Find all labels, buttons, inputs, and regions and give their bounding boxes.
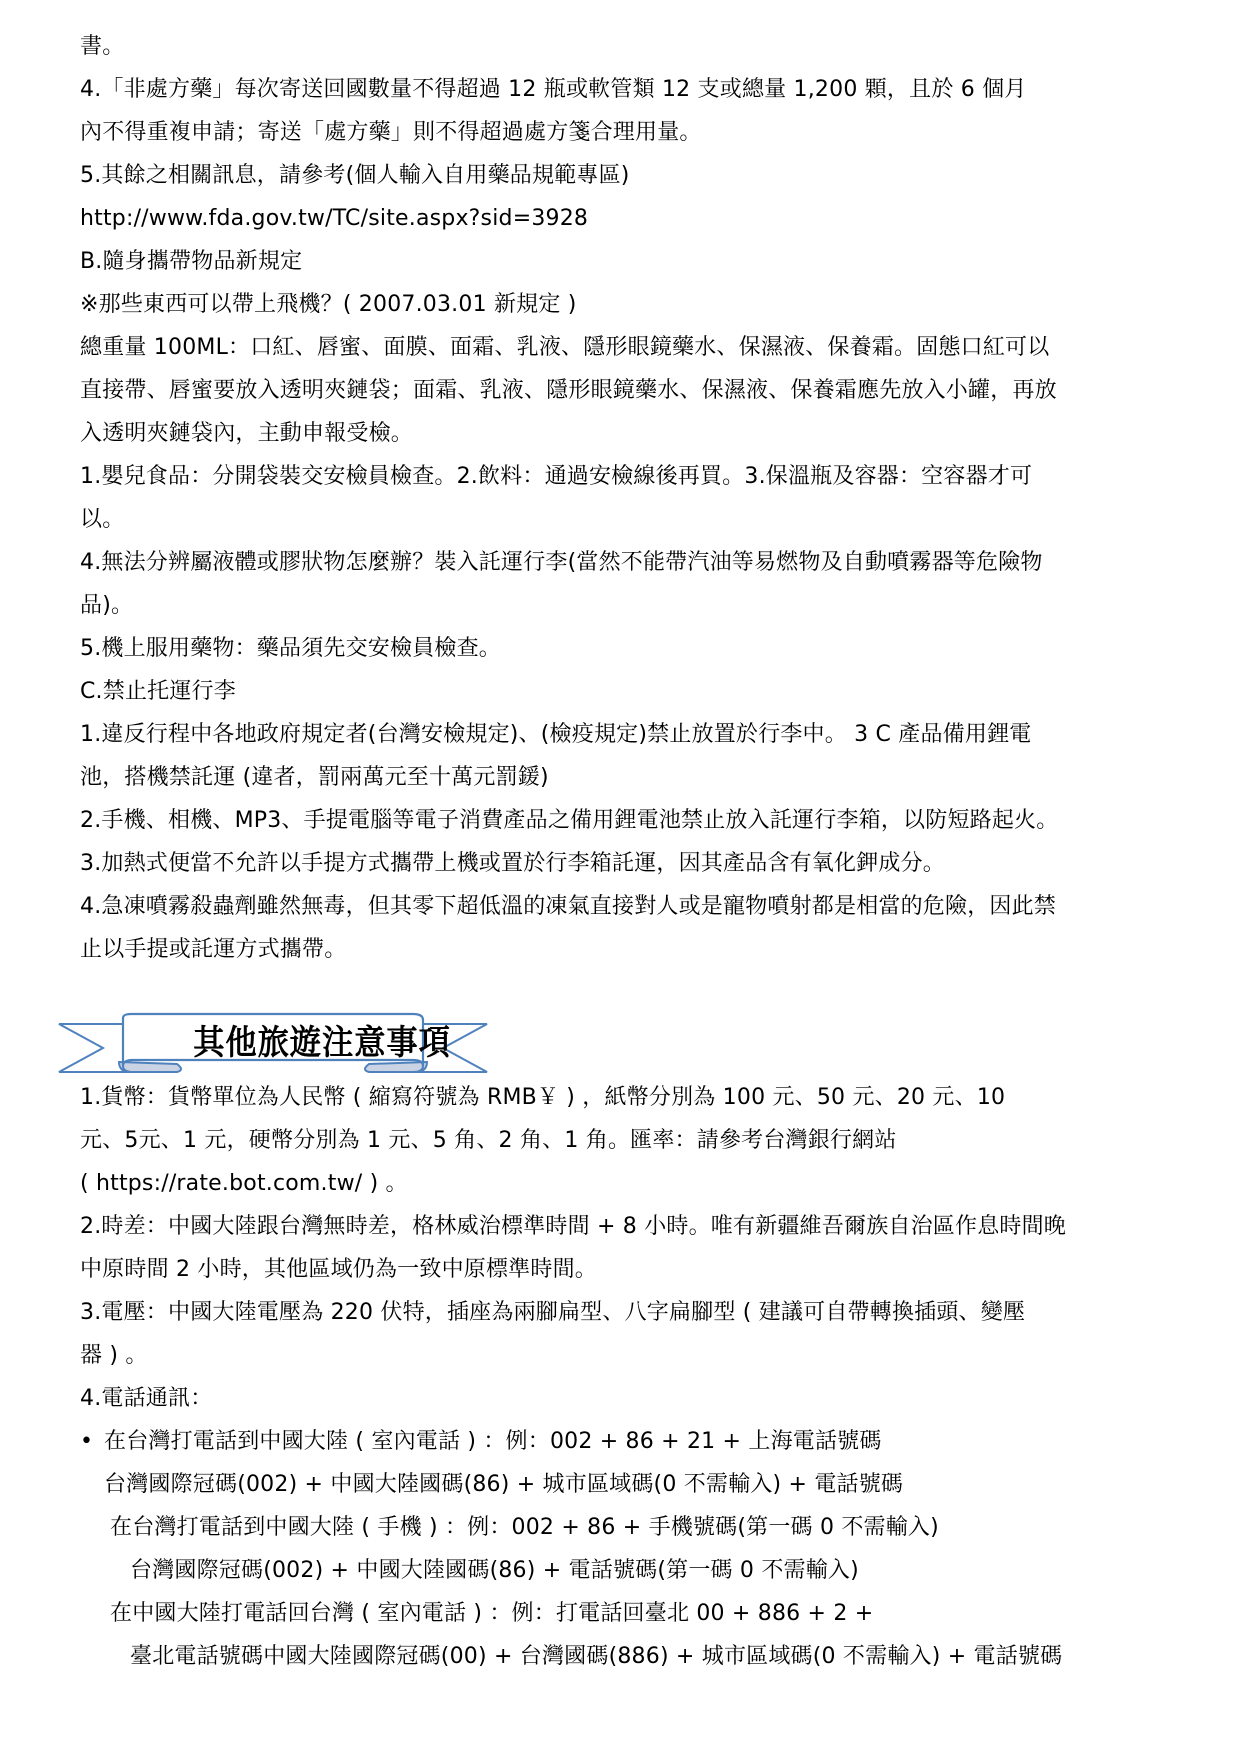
rate-url-link[interactable]: ( https://rate.bot.com.tw/ ) 。	[80, 1169, 408, 1199]
text-line: 4.「非處方藥」每次寄送回國數量不得超過 12 瓶或軟管類 12 支或總量 1,…	[80, 75, 1027, 105]
text-line: 2.手機、相機、MP3、手提電腦等電子消費產品之備用鋰電池禁止放入託運行李箱，以…	[80, 806, 1058, 836]
text-line: 3.加熱式便當不允許以手提方式攜帶上機或置於行李箱託運，因其產品含有氧化鉀成分。	[80, 849, 945, 879]
text-line: 1.違反行程中各地政府規定者(台灣安檢規定)、(檢疫規定)禁止放置於行李中。 3…	[80, 720, 1031, 750]
phone-list-item: 臺北電話號碼中國大陸國際冠碼(00) + 台灣國碼(886) + 城市區域碼(0…	[130, 1642, 1062, 1672]
text-line: 器 ) 。	[80, 1341, 148, 1371]
text-line: 2.時差：中國大陸跟台灣無時差，格林威治標準時間 + 8 小時。唯有新疆維吾爾族…	[80, 1212, 1066, 1242]
section-b-subheading: ※那些東西可以帶上飛機？( 2007.03.01 新規定 )	[80, 290, 577, 320]
text-line: 品)。	[80, 591, 133, 621]
text-line: 1.嬰兒食品：分開袋裝交安檢員檢查。2.飲料：通過安檢線後再買。3.保溫瓶及容器…	[80, 462, 1032, 492]
text-line: 元、5元、1 元，硬幣分別為 1 元、5 角、2 角、1 角。匯率：請參考台灣銀…	[80, 1126, 897, 1156]
section-banner: 其他旅遊注意事項	[57, 1012, 489, 1078]
text-line: 以。	[80, 505, 124, 535]
text-line: 書。	[80, 32, 124, 62]
phone-list-item: 在台灣打電話到中國大陸 ( 手機 ) ：例：002 + 86 + 手機號碼(第一…	[110, 1513, 939, 1543]
text-line: 總重量 100ML：口紅、唇蜜、面膜、面霜、乳液、隱形眼鏡藥水、保濕液、保養霜。…	[80, 333, 1049, 363]
text-line: 3.電壓：中國大陸電壓為 220 伏特，插座為兩腳扁型、八字扁腳型 ( 建議可自…	[80, 1298, 1025, 1328]
text-line: 內不得重複申請；寄送「處方藥」則不得超過處方箋合理用量。	[80, 118, 702, 148]
section-b-heading: B.隨身攜帶物品新規定	[80, 247, 302, 277]
text-line: 5.機上服用藥物：藥品須先交安檢員檢查。	[80, 634, 501, 664]
text-line: 止以手提或託運方式攜帶。	[80, 935, 346, 965]
text-line: 入透明夾鏈袋內，主動申報受檢。	[80, 419, 413, 449]
text-line: 池，搭機禁託運 (違者，罰兩萬元至十萬元罰鍰)	[80, 763, 549, 793]
section-c-heading: C.禁止托運行李	[80, 677, 236, 707]
text-line: 4.無法分辨屬液體或膠狀物怎麼辦？裝入託運行李(當然不能帶汽油等易燃物及自動噴霧…	[80, 548, 1043, 578]
phone-list-item: 台灣國際冠碼(002) + 中國大陸國碼(86) + 電話號碼(第一碼 0 不需…	[130, 1556, 859, 1586]
banner-title: 其他旅遊注意事項	[192, 1021, 451, 1065]
bullet-icon: •	[80, 1427, 93, 1457]
text-line: 5.其餘之相關訊息，請參考(個人輸入自用藥品規範專區)	[80, 161, 630, 191]
fda-url-link[interactable]: http://www.fda.gov.tw/TC/site.aspx?sid=3…	[80, 204, 588, 234]
phone-list-item: 在台灣打電話到中國大陸 ( 室內電話 ) ：例：002 + 86 + 21 + …	[104, 1427, 882, 1457]
text-line: 4.電話通訊：	[80, 1384, 212, 1414]
text-line: 4.急凍噴霧殺蟲劑雖然無毒，但其零下超低溫的凍氣直接對人或是寵物噴射都是相當的危…	[80, 892, 1056, 922]
phone-list-item: 台灣國際冠碼(002) + 中國大陸國碼(86) + 城市區域碼(0 不需輸入)…	[104, 1470, 903, 1500]
phone-list-item: 在中國大陸打電話回台灣 ( 室內電話 ) ：例：打電話回臺北 00 + 886 …	[110, 1599, 873, 1629]
text-line: 直接帶、唇蜜要放入透明夾鏈袋；面霜、乳液、隱形眼鏡藥水、保濕液、保養霜應先放入小…	[80, 376, 1057, 406]
text-line: 1.貨幣：貨幣單位為人民幣 ( 縮寫符號為 RMB￥ ) ，紙幣分別為 100 …	[80, 1083, 1005, 1113]
text-line: 中原時間 2 小時，其他區域仍為一致中原標準時間。	[80, 1255, 597, 1285]
document-page: 書。 4.「非處方藥」每次寄送回國數量不得超過 12 瓶或軟管類 12 支或總量…	[0, 0, 1241, 1755]
